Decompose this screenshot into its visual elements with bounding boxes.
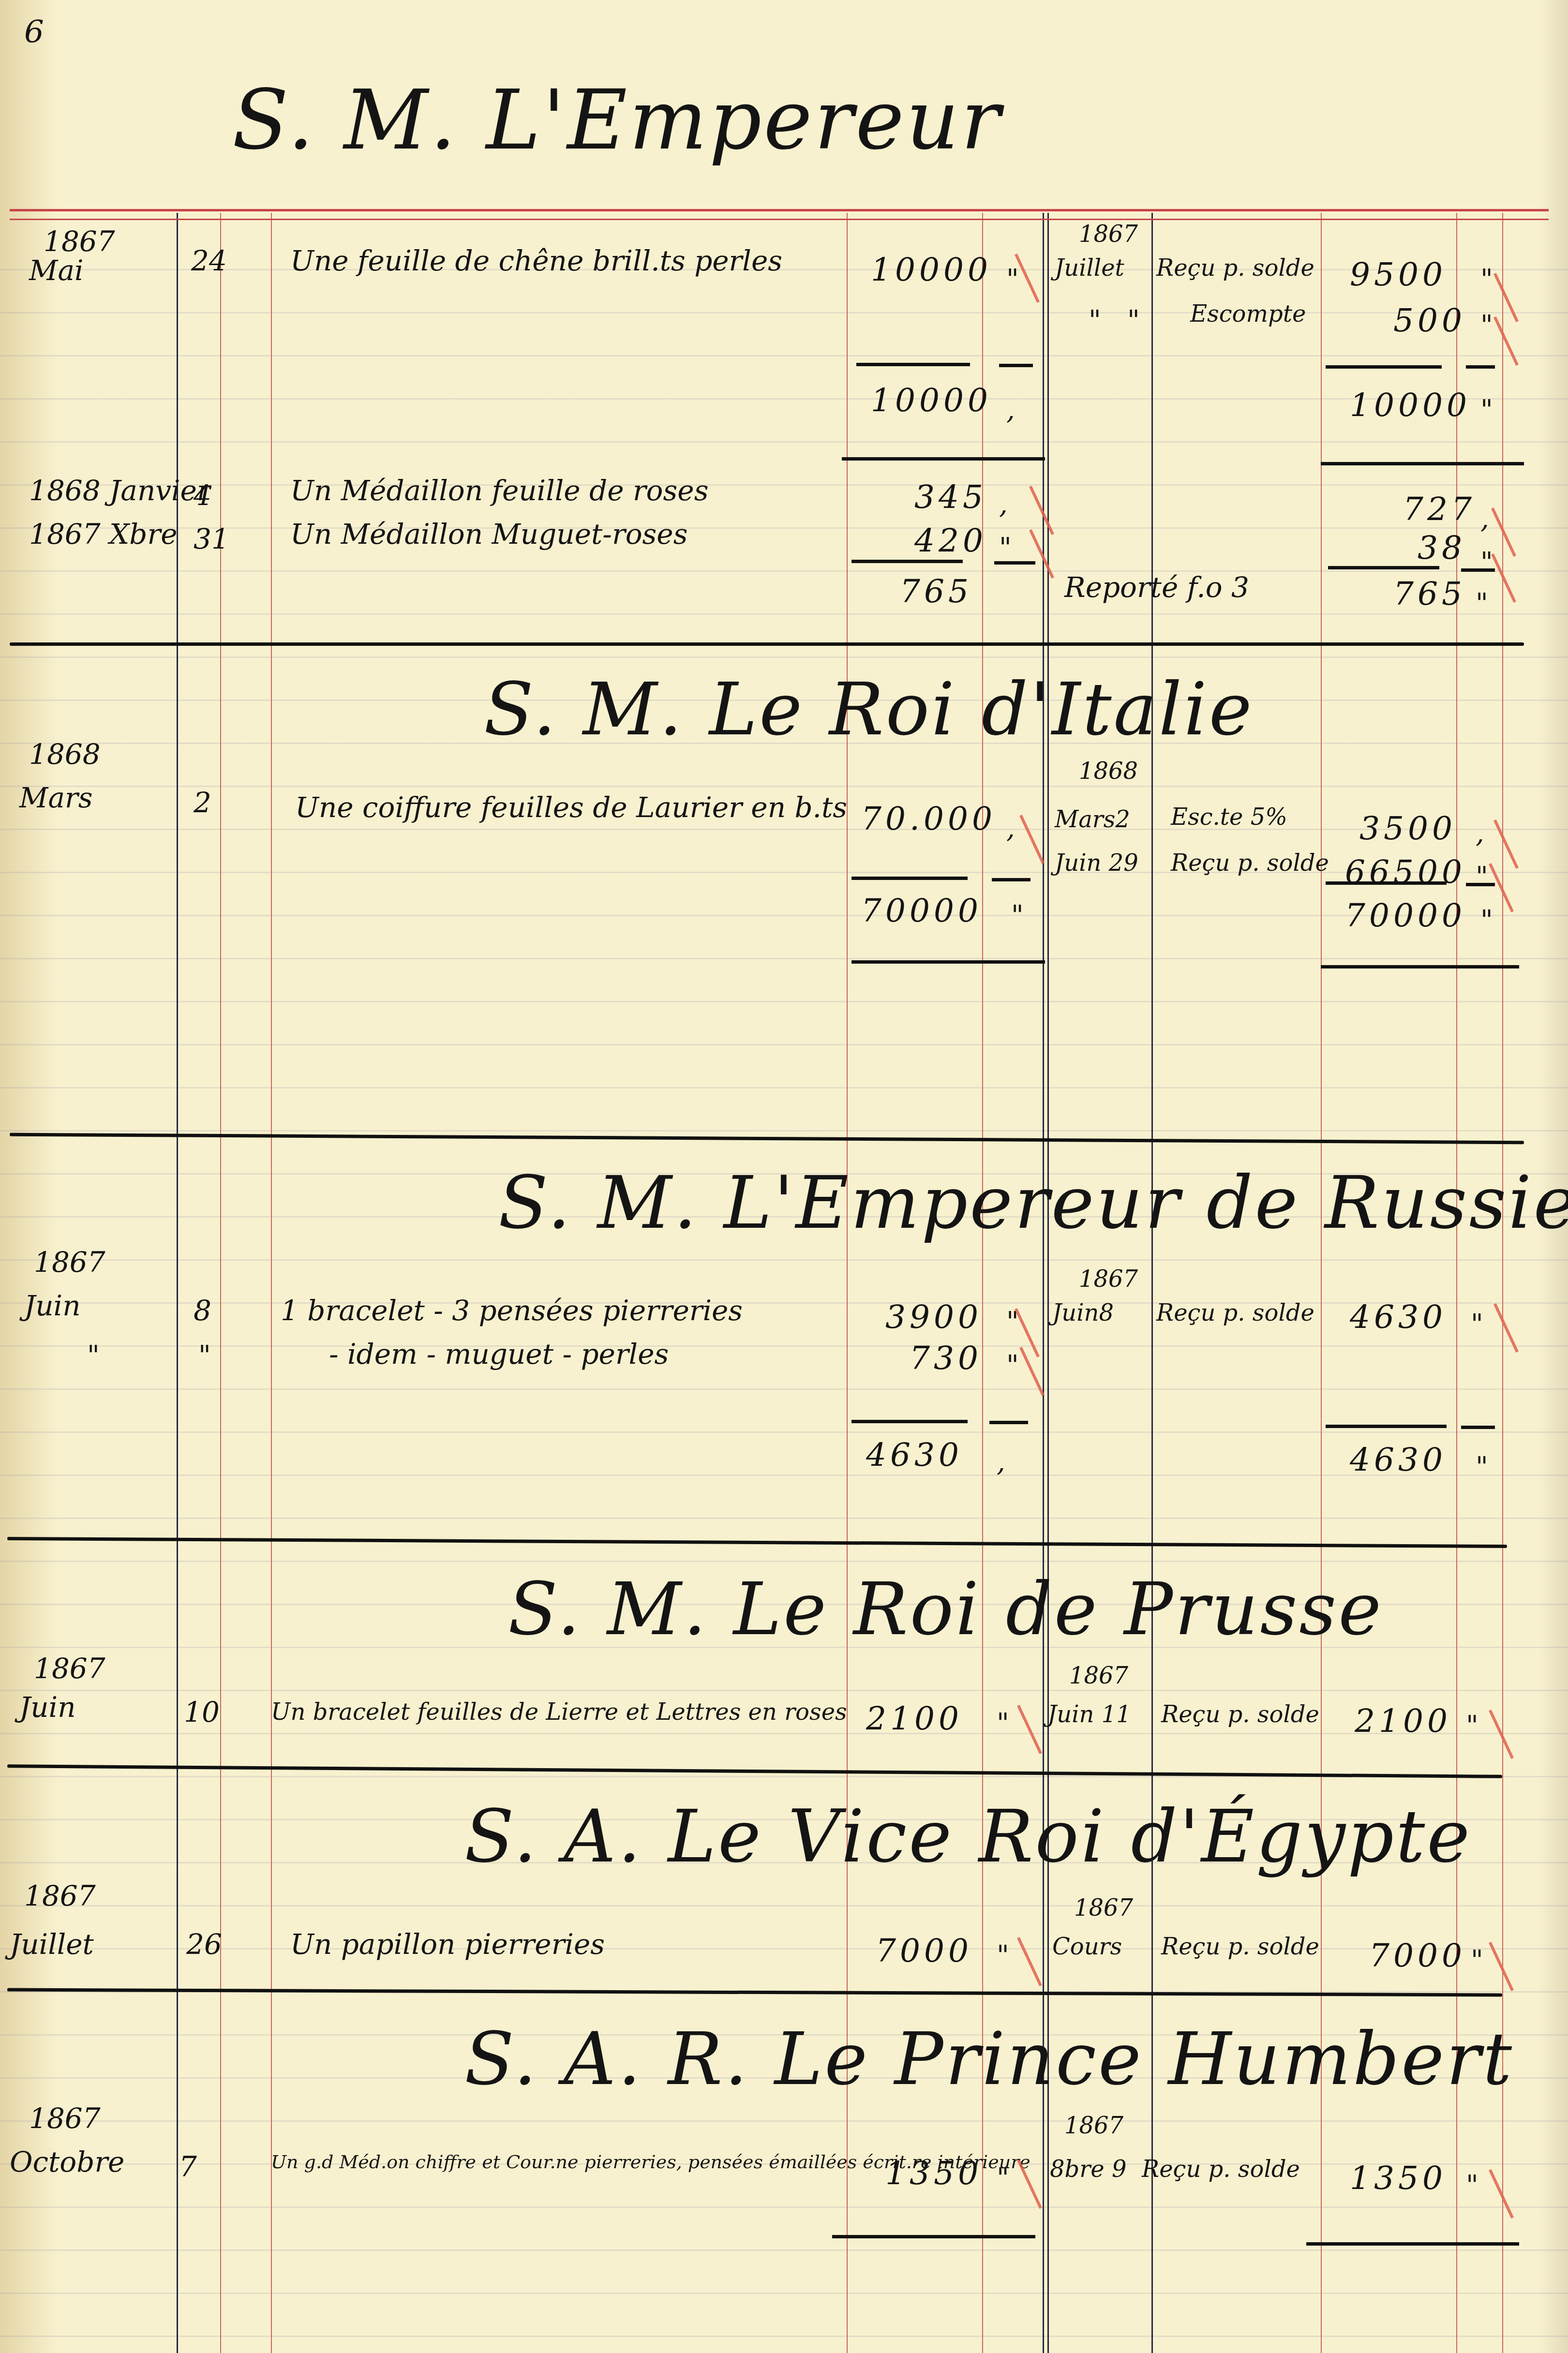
debit-year: 1868 <box>29 474 101 507</box>
credit-day-ditto: " <box>1127 305 1140 336</box>
debit-year: 1867 <box>34 1654 105 1683</box>
credit-total-cents: " <box>1480 905 1493 936</box>
debit-day: 24 <box>191 247 227 275</box>
credit-cents: , <box>1480 503 1489 535</box>
debit-month: Juin <box>24 1292 81 1320</box>
sum-line <box>1321 462 1524 465</box>
sum-line <box>856 363 970 366</box>
credit-amount: 2100 <box>1355 1705 1451 1737</box>
debit-day: 10 <box>184 1698 220 1726</box>
debit-amount: 7000 <box>876 1935 972 1967</box>
sum-line <box>994 561 1035 565</box>
credit-year: 1867 <box>1074 1896 1133 1920</box>
credit-month-ditto: " <box>1089 305 1101 336</box>
header-red-rule <box>10 209 1549 211</box>
debit-day: 31 <box>194 525 229 553</box>
credit-month: Juillet <box>1055 256 1124 280</box>
debit-month: Juillet <box>10 1930 94 1958</box>
debit-year-month: 1867 Xbre <box>29 520 178 548</box>
credit-amount: 3500 <box>1359 813 1456 845</box>
sum-line <box>1321 965 1519 968</box>
debit-year: 1867 <box>29 2104 101 2132</box>
debit-total: 765 <box>900 576 972 608</box>
credit-date: Mars2 <box>1055 808 1130 831</box>
credit-total-cents: " <box>1476 588 1488 619</box>
credit-amount: 38 <box>1418 532 1466 564</box>
credit-date: 8bre 9 <box>1050 2158 1126 2181</box>
debit-year: 1867 <box>29 518 101 551</box>
credit-day: 8 <box>1099 1299 1114 1326</box>
sum-line <box>992 878 1030 881</box>
debit-day: 7 <box>179 2153 197 2181</box>
credit-total-cents: " <box>1476 1451 1488 1483</box>
debit-amount: 420 <box>914 525 987 557</box>
debit-month: Xbre <box>109 518 177 551</box>
sum-line <box>1461 1426 1495 1429</box>
credit-description: Reçu p. solde <box>1171 851 1329 875</box>
debit-amount: 730 <box>910 1342 982 1374</box>
credit-total-cents: " <box>1480 394 1493 426</box>
sum-line <box>851 560 963 563</box>
debit-month: Octobre <box>10 2148 124 2176</box>
sum-line <box>851 960 1045 964</box>
sum-line <box>1306 2242 1519 2246</box>
credit-cents: " <box>1466 1710 1478 1742</box>
debit-total-cents: " <box>1011 900 1024 931</box>
credit-cents: " <box>1476 861 1488 893</box>
credit-cents: " <box>1480 264 1493 295</box>
credit-day: 9 <box>1112 2156 1127 2183</box>
page-number: 6 <box>24 15 44 50</box>
debit-day-ditto: " <box>198 1340 211 1371</box>
description-column-rule <box>271 213 272 2353</box>
debit-description: Une feuille de chêne brill.ts perles <box>290 247 782 275</box>
debit-day: 2 <box>194 789 211 817</box>
sum-line <box>1326 365 1442 369</box>
ledger-page: 6 S. M. L'Empereur 1867 Mai 24 Une feuil… <box>0 0 1568 2353</box>
sum-line <box>851 1420 968 1423</box>
debit-description: Un Médaillon Muguet-roses <box>290 520 687 548</box>
debit-year-month: 1868 Janvier <box>29 477 210 505</box>
account-title: S. M. Le Roi de Prusse <box>508 1567 1383 1652</box>
account-title: S. M. Le Roi d'Italie <box>484 668 1254 752</box>
credit-description: Reçu p. solde <box>1161 1703 1319 1726</box>
credit-date: Juin8 <box>1052 1301 1114 1325</box>
credit-month: Cours <box>1052 1935 1122 1958</box>
credit-year: 1867 <box>1079 223 1138 246</box>
debit-amount: 1350 <box>885 2158 982 2189</box>
credit-description: Esc.te 5% <box>1171 805 1287 829</box>
debit-description: Un bracelet feuilles de Lierre et Lettre… <box>271 1700 847 1724</box>
credit-total: 70000 <box>1345 900 1466 932</box>
credit-amount: 727 <box>1403 493 1476 525</box>
debit-cents: , <box>1006 813 1015 844</box>
credit-total: 765 <box>1393 578 1466 610</box>
credit-description: Reçu p. solde <box>1156 1301 1314 1325</box>
debit-day: 26 <box>186 1930 222 1958</box>
credit-description: Reçu p. solde <box>1142 2158 1300 2181</box>
sum-line <box>851 877 968 880</box>
credit-cents: " <box>1480 310 1493 341</box>
credit-year: 1867 <box>1064 2114 1123 2137</box>
debit-month: Mai <box>29 256 84 284</box>
debit-year: 1867 <box>34 1248 105 1276</box>
credit-month: Juin <box>1052 1299 1099 1326</box>
debit-cents: " <box>999 532 1012 564</box>
sum-line <box>1466 883 1495 886</box>
debit-year: 1867 <box>24 1882 96 1910</box>
sum-line <box>999 364 1033 367</box>
sum-line <box>842 457 1045 461</box>
credit-cents: " <box>1480 547 1493 578</box>
credit-month: Juin <box>1055 849 1101 877</box>
account-title: S. M. L'Empereur de Russie <box>498 1161 1568 1245</box>
debit-day: 4 <box>194 481 211 509</box>
credit-total: 10000 <box>1350 389 1471 421</box>
section-divider <box>10 642 1524 646</box>
credit-cents: , <box>1476 818 1484 849</box>
debit-amount: 70.000 <box>861 803 996 835</box>
credit-year: 1868 <box>1079 760 1138 783</box>
debit-description: Un Médaillon feuille de roses <box>290 477 708 505</box>
debit-total: 10000 <box>871 385 992 417</box>
sum-line <box>1326 881 1447 885</box>
debit-amount: 2100 <box>866 1703 963 1735</box>
credit-year: 1867 <box>1079 1267 1138 1291</box>
debit-year: 1868 <box>29 740 101 768</box>
credit-month: Juin <box>1047 1701 1094 1728</box>
credit-month: Mars <box>1055 806 1115 833</box>
credit-amount: 4630 <box>1350 1301 1447 1333</box>
debit-cents: " <box>1006 1350 1019 1381</box>
debit-total-cents: , <box>997 1446 1005 1478</box>
credit-month: 8bre <box>1050 2156 1105 2183</box>
credit-description: Reçu p. solde <box>1161 1935 1319 1958</box>
account-title: S. A. R. Le Prince Humbert <box>464 2017 1514 2101</box>
credit-day: 29 <box>1109 849 1138 877</box>
debit-month: Juin <box>19 1693 76 1721</box>
credit-amount: 500 <box>1393 305 1466 337</box>
debit-cents: , <box>999 489 1008 520</box>
credit-day: 11 <box>1102 1701 1131 1728</box>
sum-line <box>1461 568 1495 572</box>
credit-description: Reporté f.o 3 <box>1064 573 1249 601</box>
sum-line <box>1326 1425 1447 1428</box>
debit-description: Un papillon pierreries <box>290 1930 605 1958</box>
sum-line <box>989 1421 1028 1424</box>
debit-amount: 3900 <box>885 1301 982 1333</box>
credit-description: Escompte <box>1190 302 1306 326</box>
debit-cents: " <box>1006 264 1019 295</box>
debit-description: 1 bracelet - 3 pensées pierreries <box>281 1296 743 1325</box>
account-title: S. M. L'Empereur <box>232 73 1002 168</box>
credit-amount: 1350 <box>1350 2162 1447 2194</box>
debit-cents: " <box>997 2162 1009 2194</box>
credit-total: 4630 <box>1350 1444 1447 1476</box>
debit-description: Une coiffure feuilles de Laurier en b.ts <box>295 793 847 821</box>
debit-total: 70000 <box>861 895 982 927</box>
credit-description: Reçu p. solde <box>1156 256 1314 280</box>
debit-total-cents: , <box>1006 394 1015 426</box>
credit-day: 2 <box>1115 806 1130 833</box>
credit-cents: " <box>1471 1309 1483 1340</box>
debit-amount: 345 <box>914 481 987 513</box>
debit-day: 8 <box>194 1296 211 1325</box>
sum-line <box>1328 566 1439 569</box>
debit-month-ditto: " <box>87 1340 100 1371</box>
debit-month: Mars <box>19 784 92 812</box>
credit-cents: " <box>1471 1945 1483 1976</box>
sum-line <box>1466 365 1495 369</box>
credit-cents: " <box>1466 2170 1478 2201</box>
debit-cents: " <box>997 1940 1009 1971</box>
credit-date: Juin 29 <box>1055 851 1138 875</box>
header-red-rule-2 <box>10 219 1549 220</box>
debit-amount: 10000 <box>871 254 992 286</box>
debit-total: 4630 <box>866 1439 963 1471</box>
account-title: S. A. Le Vice Roi d'Égypte <box>464 1795 1472 1879</box>
credit-amount: 7000 <box>1369 1940 1466 1972</box>
credit-amount: 9500 <box>1350 259 1447 291</box>
credit-date: Juin 11 <box>1047 1703 1131 1726</box>
debit-cents: " <box>997 1708 1009 1739</box>
debit-year: 1867 <box>44 227 115 255</box>
sum-line <box>832 2235 1035 2238</box>
credit-year: 1867 <box>1069 1664 1128 1687</box>
debit-description: - idem - muguet - perles <box>329 1340 669 1368</box>
